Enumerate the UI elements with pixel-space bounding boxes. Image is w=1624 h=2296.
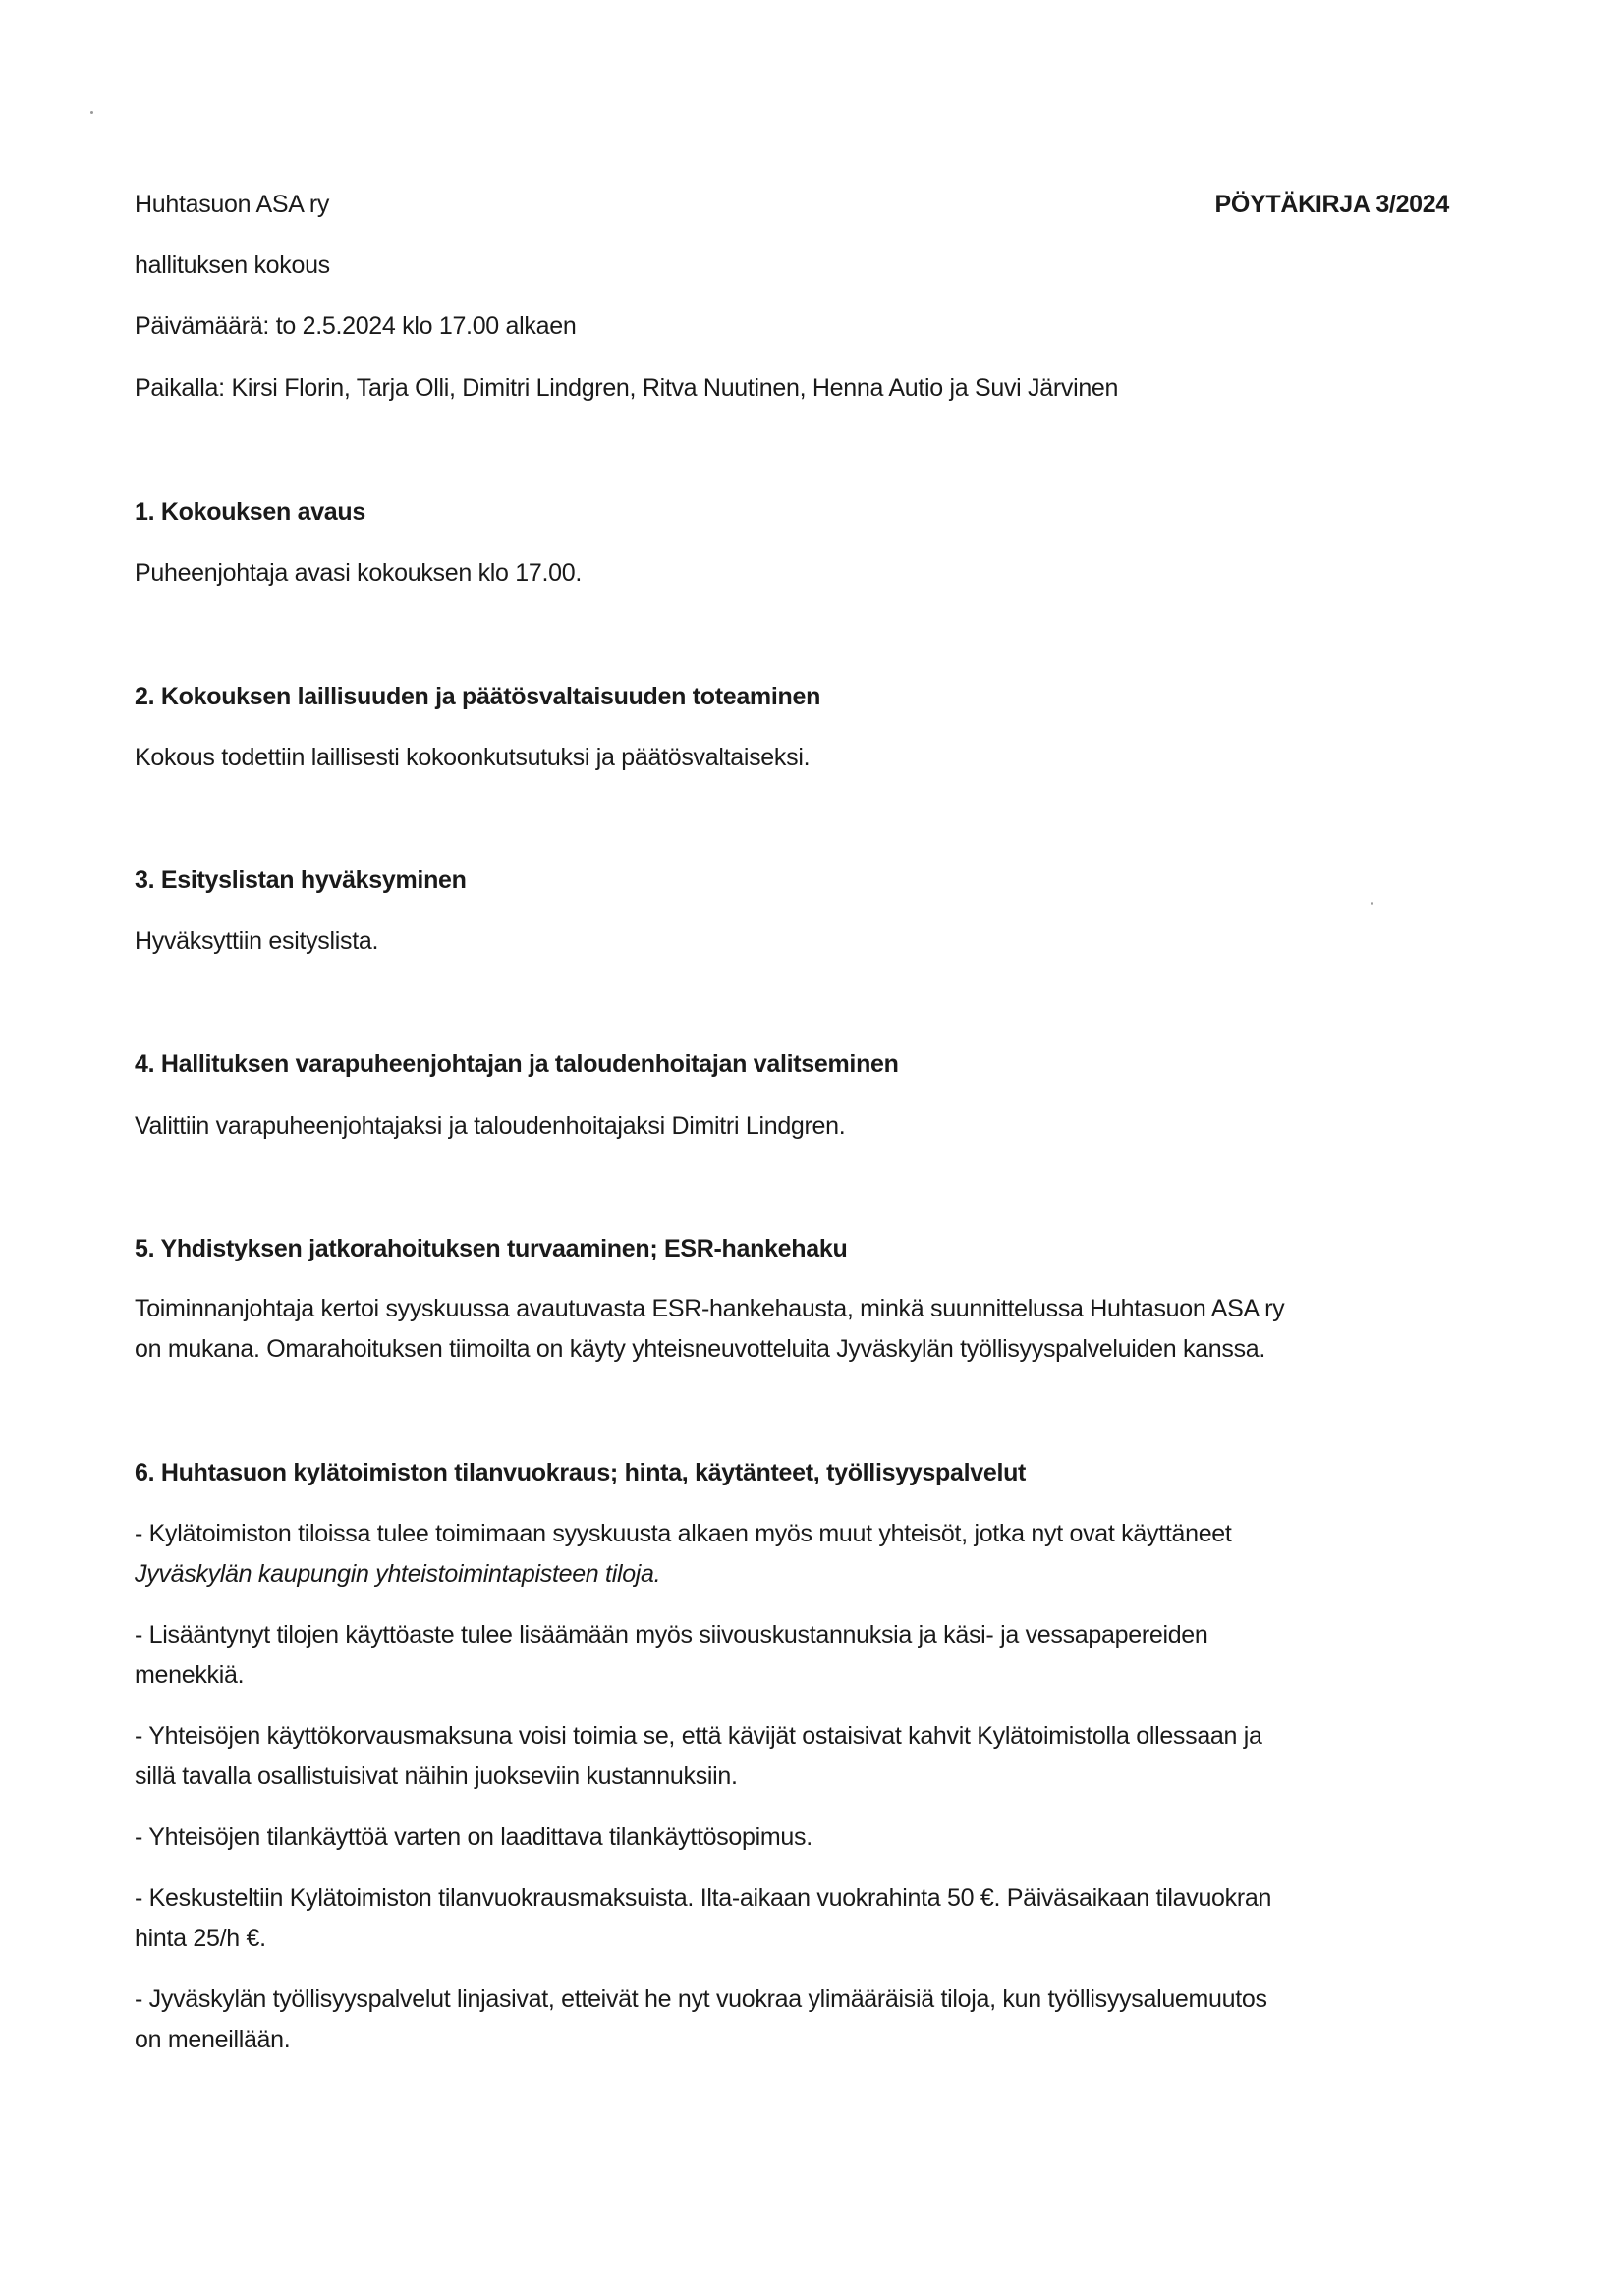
section-heading-3: 3. Esityslistan hyväksyminen <box>135 860 467 901</box>
bullet-1-line-2: Jyväskylän kaupungin yhteistoimintapiste… <box>135 1553 660 1595</box>
section-heading-4: 4. Hallituksen varapuheenjohtajan ja tal… <box>135 1043 899 1085</box>
section-body-5-line-2: on mukana. Omarahoituksen tiimoilta on k… <box>135 1328 1265 1370</box>
bullet-3-line-2: sillä tavalla osallistuisivat näihin juo… <box>135 1756 738 1797</box>
scan-speck <box>90 111 93 114</box>
section-body-3: Hyväksyttiin esityslista. <box>135 921 378 962</box>
attendees: Paikalla: Kirsi Florin, Tarja Olli, Dimi… <box>135 367 1118 409</box>
bullet-3-line-1: - Yhteisöjen käyttökorvausmaksuna voisi … <box>135 1715 1262 1757</box>
section-heading-5: 5. Yhdistyksen jatkorahoituksen turvaami… <box>135 1228 847 1269</box>
document-page: Huhtasuon ASA ry PÖYTÄKIRJA 3/2024 halli… <box>0 0 1624 2296</box>
section-heading-2: 2. Kokouksen laillisuuden ja päätösvalta… <box>135 676 820 717</box>
bullet-4-line-1: - Yhteisöjen tilankäyttöä varten on laad… <box>135 1817 812 1858</box>
scan-speck <box>1371 902 1373 905</box>
bullet-1-line-1: - Kylätoimiston tiloissa tulee toimimaan… <box>135 1513 1232 1554</box>
meeting-date: Päivämäärä: to 2.5.2024 klo 17.00 alkaen <box>135 306 576 347</box>
bullet-2-line-1: - Lisääntynyt tilojen käyttöaste tulee l… <box>135 1614 1208 1655</box>
meeting-type: hallituksen kokous <box>135 245 330 286</box>
bullet-6-line-2: on meneillään. <box>135 2019 290 2060</box>
section-body-5-line-1: Toiminnanjohtaja kertoi syyskuussa avaut… <box>135 1288 1284 1329</box>
section-body-4: Valittiin varapuheenjohtajaksi ja taloud… <box>135 1105 845 1147</box>
section-body-1: Puheenjohtaja avasi kokouksen klo 17.00. <box>135 552 582 593</box>
section-heading-6: 6. Huhtasuon kylätoimiston tilanvuokraus… <box>135 1452 1026 1493</box>
section-body-2: Kokous todettiin laillisesti kokoonkutsu… <box>135 737 810 778</box>
organization-name: Huhtasuon ASA ry <box>135 184 329 225</box>
bullet-5-line-2: hinta 25/h €. <box>135 1918 266 1959</box>
document-id: PÖYTÄKIRJA 3/2024 <box>1214 184 1449 225</box>
bullet-5-line-1: - Keskusteltiin Kylätoimiston tilanvuokr… <box>135 1877 1271 1919</box>
section-heading-1: 1. Kokouksen avaus <box>135 491 365 532</box>
bullet-2-line-2: menekkiä. <box>135 1654 244 1696</box>
bullet-6-line-1: - Jyväskylän työllisyyspalvelut linjasiv… <box>135 1979 1267 2020</box>
